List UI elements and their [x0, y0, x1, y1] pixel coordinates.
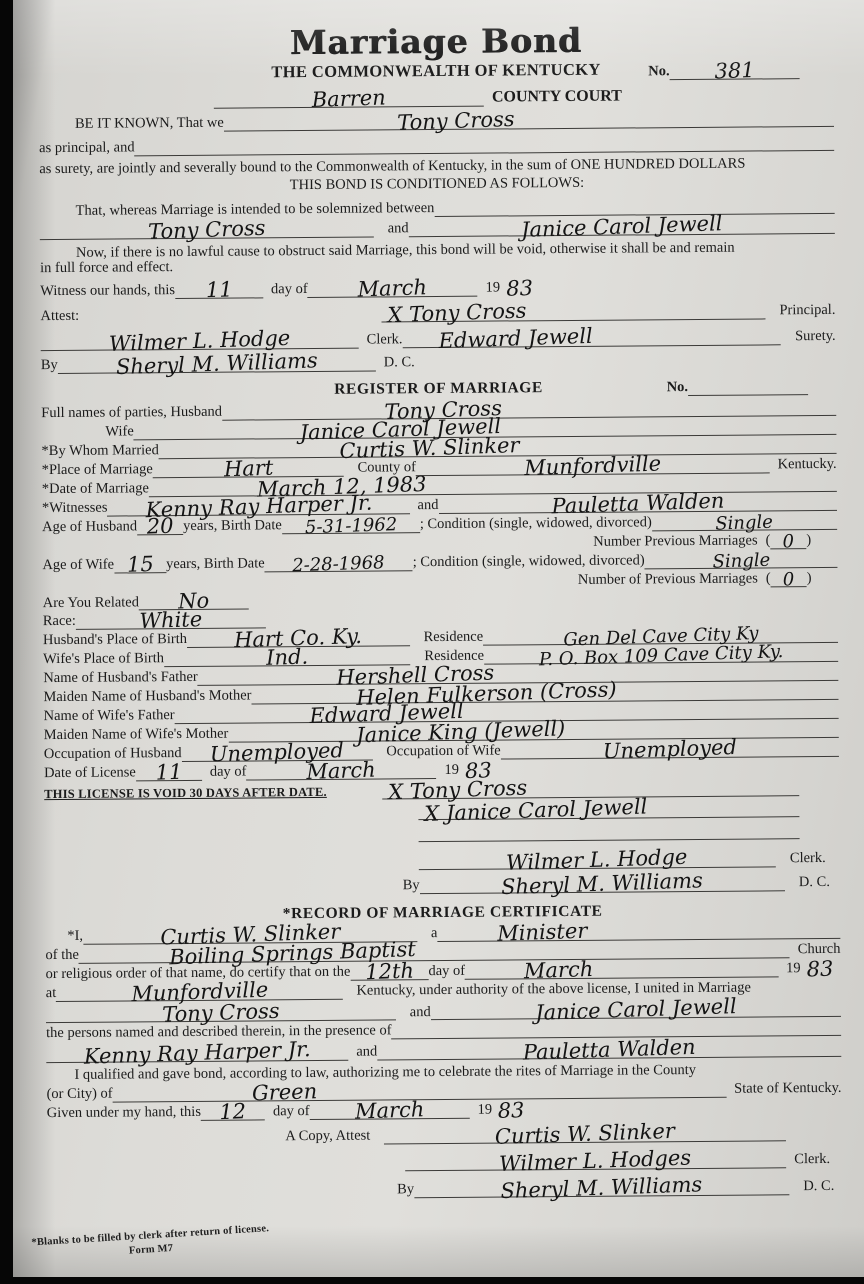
wife-birthplace-handwriting: Ind.	[266, 647, 309, 669]
wife-occupation-handwriting: Unemployed	[602, 737, 737, 763]
wife-label: Wife	[105, 424, 134, 440]
bond-deputy-handwriting: Sheryl M. Williams	[116, 350, 318, 378]
wife-occupation-line: Unemployed	[501, 743, 839, 760]
surety-signature-line: Edward Jewell	[402, 332, 781, 349]
witness-dayof-label: day of	[271, 282, 308, 298]
conditioned-clause: THIS BOND IS CONDITIONED AS FOLLOWS:	[39, 174, 834, 196]
cert-year-line: 83	[801, 963, 841, 976]
license-day-line: 11	[136, 767, 202, 782]
certificate-title-row: *RECORD OF MARRIAGE CERTIFICATE	[45, 901, 840, 926]
register-dc-label: D. C.	[799, 875, 830, 891]
bond-bride-line: Janice Carol Jewell	[409, 219, 835, 236]
license-day-handwriting: 11	[155, 762, 182, 784]
wife-age-handwriting: 15	[126, 553, 153, 575]
cert-couple-row: Tony Cross and Janice Carol Jewell	[46, 1001, 841, 1023]
register-by-label: By	[403, 878, 420, 894]
wife-birthplace-label: Wife's Place of Birth	[43, 651, 164, 668]
license-month-handwriting: March	[306, 759, 376, 782]
marriage-county-handwriting: Munfordville	[524, 453, 662, 479]
register-no-label: No.	[667, 380, 688, 396]
paren-close1: )	[806, 533, 811, 549]
license-month-line: March	[246, 765, 436, 780]
wife-condition-line: Single	[645, 553, 838, 569]
license-label: Date of License	[44, 765, 136, 782]
given-month-line: March	[310, 1105, 470, 1120]
register-clerk-row: Wilmer L. Hodge Clerk.	[45, 851, 840, 873]
principal-signature-line: X Tony Cross	[381, 306, 765, 323]
prev-marriages1-label: Number Previous Marriages	[593, 533, 757, 550]
document-content: Marriage Bond THE COMMONWEALTH OF KENTUC…	[8, 0, 864, 1280]
register-title: REGISTER OF MARRIAGE	[334, 379, 543, 398]
husband-condition-label: ; Condition (single, widowed, divorced)	[420, 515, 652, 533]
by-whom-handwriting: Curtis W. Slinker	[340, 435, 521, 462]
attest-principal-row: Attest: X Tony Cross Principal.	[40, 303, 835, 325]
race-label: Race:	[43, 614, 76, 630]
cert-county-handwriting: Green	[251, 1081, 317, 1104]
kentucky-label: Kentucky.	[778, 457, 837, 473]
given-label: Given under my hand, this	[47, 1105, 201, 1122]
husband-age-label: Age of Husband	[42, 519, 137, 536]
given-year-line: 83	[492, 1105, 552, 1118]
race-handwriting: White	[139, 609, 202, 632]
paren-close2: )	[807, 571, 812, 587]
principal-name-handwriting: Tony Cross	[397, 109, 515, 134]
register-deputy-handwriting: Sheryl M. Williams	[501, 870, 703, 898]
register-no-line	[688, 381, 808, 396]
given-day-line: 12	[201, 1107, 265, 1122]
cert-dc-label: D. C.	[803, 1179, 834, 1195]
witness-month-line: March	[308, 283, 478, 298]
cert-bride-handwriting: Janice Carol Jewell	[535, 996, 737, 1024]
page-title: Marriage Bond	[38, 21, 833, 64]
bond-deputy-line: Sheryl M. Williams	[58, 358, 376, 374]
by-whom-label: *By Whom Married	[41, 443, 158, 460]
prev-marriages2-row: Number of Previous Marriages ( 0 )	[43, 570, 838, 592]
surety-name-line	[135, 137, 835, 156]
cert-place-line: Munfordville	[56, 985, 342, 1001]
bond-and-label: and	[388, 221, 409, 237]
cert-by-label: By	[397, 1182, 414, 1198]
or-city-row: (or City) of Green State of Kentucky.	[47, 1081, 842, 1103]
husband-birthplace-label: Husband's Place of Birth	[43, 632, 187, 649]
given-year-prefix: 19	[478, 1103, 493, 1119]
cert-witness1-line: Kenny Ray Harper Jr.	[46, 1047, 348, 1063]
principal-signature-handwriting: X Tony Cross	[387, 301, 527, 327]
form-footnote: *Blanks to be filled by clerk after retu…	[31, 1223, 270, 1262]
witness-day-handwriting: 11	[205, 280, 232, 302]
minister-row: *I, Curtis W. Slinker a Minister	[45, 923, 840, 945]
license-year-prefix: 19	[444, 763, 459, 779]
register-deputy-line: Sheryl M. Williams	[420, 877, 785, 894]
given-year-handwriting: 83	[498, 1100, 525, 1122]
surety-label: Surety.	[795, 329, 836, 345]
bond-groom-handwriting: Tony Cross	[148, 217, 266, 242]
principal-label: Principal.	[779, 303, 835, 319]
license-dayof-label: day of	[210, 764, 247, 780]
bond-number-block: No. 381	[648, 64, 799, 81]
husband-label: Full names of parties, Husband	[41, 405, 222, 422]
state-of-kentucky-label: State of Kentucky.	[734, 1081, 842, 1098]
surety-signature-handwriting: Edward Jewell	[439, 326, 594, 352]
be-it-known-label: BE IT KNOWN, That we	[75, 116, 224, 133]
prev-marriages1-handwriting: 0	[782, 533, 794, 551]
or-city-label: (or City) of	[47, 1087, 113, 1103]
scanned-marriage-bond-document: { "colors": { "paper": "#dddcd8", "ink":…	[0, 0, 864, 1284]
date-label: *Date of Marriage	[42, 481, 149, 498]
church-label: Church	[798, 942, 841, 958]
bond-clerk-label: Clerk.	[367, 333, 403, 349]
husband-birth-line: 5-31-1962	[282, 519, 420, 534]
wife-birth-handwriting: 2-28-1968	[292, 554, 385, 575]
place-label: *Place of Marriage	[42, 462, 153, 479]
bride-sig-row: X Janice Carol Jewell	[44, 803, 839, 823]
minister-title-handwriting: Minister	[497, 920, 588, 944]
prev-marriages2-label: Number of Previous Marriages	[578, 571, 758, 588]
related-label: Are You Related	[43, 595, 139, 612]
document-page: Marriage Bond THE COMMONWEALTH OF KENTUC…	[13, 0, 864, 1277]
register-clerk-label: Clerk.	[790, 851, 826, 867]
blank-sig-row	[44, 825, 839, 845]
cert-clerk-row: Wilmer L. Hodges Clerk.	[47, 1152, 842, 1174]
husband-line: Tony Cross	[222, 402, 836, 421]
prev-marriages2-handwriting: 0	[783, 571, 795, 589]
presence-row: the persons named and described therein,…	[46, 1020, 841, 1042]
witness-day-line: 11	[175, 285, 263, 300]
given-month-handwriting: March	[355, 1099, 425, 1122]
county-line: Barren	[214, 93, 484, 109]
cert-witnesses-and-label: and	[356, 1045, 377, 1061]
be-it-known-row: BE IT KNOWN, That we Tony Cross	[39, 111, 834, 133]
witness-year-handwriting: 83	[506, 278, 533, 300]
cert-groom-line: Tony Cross	[46, 1007, 396, 1024]
commonwealth-row: THE COMMONWEALTH OF KENTUCKY No. 381	[38, 59, 833, 87]
marriage-county-line: Munfordville	[416, 459, 770, 476]
county-court-label: COUNTY COURT	[492, 88, 622, 107]
cert-clerk-label: Clerk.	[794, 1152, 830, 1168]
cert-bride-line: Janice Carol Jewell	[431, 1003, 841, 1020]
cert-dayof-label: day of	[428, 963, 465, 979]
witness-month-handwriting: March	[358, 278, 428, 301]
given-row: Given under my hand, this 12 day of Marc…	[47, 1100, 842, 1122]
void-notice-groom-sig-row: THIS LICENSE IS VOID 30 DAYS AFTER DATE.…	[44, 782, 839, 802]
cert-day-line: 12th	[350, 966, 428, 981]
register-number-block: No.	[667, 379, 808, 396]
minister-signature-handwriting: Curtis W. Slinker	[495, 1121, 676, 1148]
husband-condition-line: Single	[652, 516, 837, 531]
register-clerk-line: Wilmer L. Hodge	[418, 853, 776, 870]
husband-birth-handwriting: 5-31-1962	[304, 516, 397, 537]
principal-name-line: Tony Cross	[224, 113, 834, 132]
husband-father-label: Name of Husband's Father	[43, 670, 198, 687]
by-whom-row: *By Whom Married Curtis W. Slinker	[41, 438, 836, 460]
wife-birth-line: 2-28-1968	[265, 557, 413, 572]
wife-condition-label: ; Condition (single, widowed, divorced)	[413, 553, 645, 571]
bond-dc-label: D. C.	[384, 355, 415, 371]
cert-day-handwriting: 12th	[365, 960, 414, 983]
county-court-row: Barren COUNTY COURT	[39, 86, 834, 110]
cert-deputy-handwriting: Sheryl M. Williams	[500, 1174, 702, 1202]
witness2-handwriting: Pauletta Walden	[551, 490, 724, 517]
commonwealth-title: THE COMMONWEALTH OF KENTUCKY	[271, 60, 601, 82]
husband-age-line: 20	[137, 521, 183, 535]
husband-residence-label: Residence	[423, 630, 483, 646]
cert-clerk-line: Wilmer L. Hodges	[405, 1154, 787, 1171]
copy-attest-label: A Copy, Attest	[285, 1129, 370, 1146]
given-dayof-label: day of	[273, 1104, 310, 1120]
husband-condition-handwriting: Single	[715, 513, 773, 533]
husband-mother-line: Helen Fulkerson (Cross)	[251, 686, 838, 705]
minister-signature-line: Curtis W. Slinker	[384, 1127, 786, 1144]
husband-age-handwriting: 20	[146, 515, 173, 537]
bond-deputy-row: By Sheryl M. Williams D. C.	[41, 352, 836, 374]
void-clause-line2: in full force and effect.	[40, 255, 835, 277]
wife-residence-line: P. O. Box 109 Cave City Ky.	[484, 648, 838, 665]
register-bride-signature: X Janice Carol Jewell	[424, 796, 648, 825]
bond-number-value: 381	[714, 60, 755, 82]
of-the-label: of the	[45, 948, 79, 964]
cert-groom-handwriting: Tony Cross	[162, 1001, 280, 1026]
wife-mother-label: Maiden Name of Wife's Mother	[44, 727, 229, 744]
bond-number-line: 381	[670, 65, 800, 80]
wife-age-line: 15	[114, 559, 166, 573]
church-line: Boiling Springs Baptist	[79, 944, 790, 964]
witnesses-label: *Witnesses	[42, 500, 108, 516]
bond-number-label: No.	[648, 65, 669, 81]
cert-month-handwriting: March	[524, 958, 594, 981]
place-of-marriage-row: *Place of Marriage Hart County of Munfor…	[42, 457, 837, 479]
cert-month-line: March	[465, 963, 778, 979]
prev-marriages2-line: 0	[771, 573, 807, 587]
cert-witness2-handwriting: Pauletta Walden	[523, 1037, 696, 1064]
wife-father-label: Name of Wife's Father	[44, 708, 175, 725]
witness-year-line: 83	[500, 283, 564, 297]
register-deputy-row: By Sheryl M. Williams D. C.	[45, 875, 840, 897]
cert-and-label: and	[410, 1005, 431, 1021]
wife-years-birth-label: years, Birth Date	[166, 556, 265, 573]
county-handwriting: Barren	[311, 87, 386, 111]
cert-witness2-line: Pauletta Walden	[377, 1043, 841, 1061]
clerk-surety-row: Wilmer L. Hodge Clerk. Edward Jewell Sur…	[41, 329, 836, 351]
attest-label: Attest:	[40, 309, 79, 325]
bond-by-label: By	[41, 358, 58, 374]
witness2-line: Pauletta Walden	[438, 497, 837, 514]
cert-year-handwriting: 83	[806, 958, 833, 980]
as-principal-label: as principal, and	[39, 140, 135, 157]
witnesses-and-label: and	[417, 498, 438, 514]
as-principal-row: as principal, and	[39, 135, 834, 157]
husband-mother-label: Maiden Name of Husband's Mother	[43, 689, 251, 707]
cert-deputy-line: Sheryl M. Williams	[414, 1181, 789, 1198]
copy-attest-row: A Copy, Attest Curtis W. Slinker	[47, 1125, 842, 1147]
bond-bride-handwriting: Janice Carol Jewell	[521, 213, 723, 241]
wife-age-label: Age of Wife	[42, 557, 114, 573]
cert-year-prefix: 19	[786, 961, 801, 977]
cert-deputy-row: By Sheryl M. Williams D. C.	[47, 1179, 842, 1201]
given-day-handwriting: 12	[219, 1101, 246, 1123]
prev-marriages1-line: 0	[770, 535, 806, 549]
cert-witnesses-row: Kenny Ray Harper Jr. and Pauletta Walden	[46, 1041, 841, 1063]
husband-years-birth-label: years, Birth Date	[183, 518, 282, 535]
i-label: *I,	[67, 929, 83, 945]
cert-clerk-handwriting: Wilmer L. Hodges	[499, 1148, 692, 1176]
void-notice: THIS LICENSE IS VOID 30 DAYS AFTER DATE.	[44, 786, 327, 802]
bond-groom-line: Tony Cross	[40, 223, 374, 240]
cert-witness1-handwriting: Kenny Ray Harper Jr.	[84, 1039, 311, 1068]
husband-residence-line: Gen Del Cave City Ky	[483, 629, 838, 646]
witness-year-prefix: 19	[486, 281, 501, 297]
witness-hands-row: Witness our hands, this 11 day of March …	[40, 278, 835, 300]
blank-signature-line	[418, 825, 800, 842]
bond-couple-row: Tony Cross and Janice Carol Jewell	[40, 217, 835, 239]
witness-label: Witness our hands, this	[40, 283, 175, 300]
register-bride-signature-line: X Janice Carol Jewell	[418, 803, 800, 820]
at-label: at	[46, 986, 57, 1002]
wife-condition-handwriting: Single	[712, 551, 770, 571]
minister-title-line: Minister	[437, 925, 840, 942]
